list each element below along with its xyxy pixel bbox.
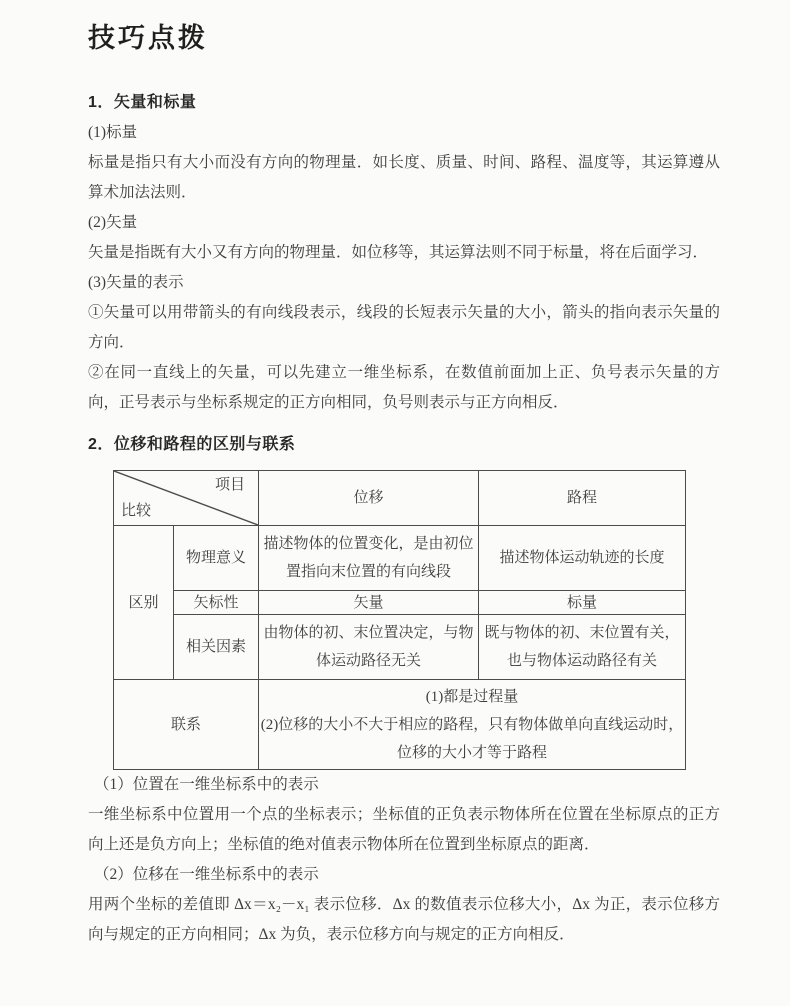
note1-body: 一维坐标系中位置用一个点的坐标表示；坐标值的正负表示物体所在位置在坐标原点的正方…	[88, 800, 720, 860]
para-vector-repr-label: (3)矢量的表示	[88, 268, 720, 298]
para-vector-label: (2)矢量	[88, 208, 720, 238]
table-row: 相关因素 由物体的初、末位置决定，与物体运动路径无关 既与物体的初、末位置有关，…	[114, 615, 686, 680]
row-label-vector-scalar: 矢标性	[174, 591, 259, 615]
note1-heading: （1）位置在一维坐标系中的表示	[88, 770, 726, 800]
section2-heading: 2．位移和路程的区别与联系	[88, 430, 720, 460]
connection-point-1: (1)都是过程量	[259, 683, 685, 711]
note2-body: 用两个坐标的差值即 Δx＝x₂－x₁ 表示位移．Δx 的数值表示位移大小，Δx …	[88, 890, 720, 950]
para-scalar-definition: 标量是指只有大小而没有方向的物理量．如长度、质量、时间、路程、温度等，其运算遵从…	[88, 148, 720, 208]
column-header-path: 路程	[479, 471, 686, 526]
para-scalar-label: (1)标量	[88, 118, 720, 148]
row-group-label-difference: 区别	[114, 526, 174, 680]
corner-label-item: 项目	[215, 472, 245, 498]
document-page: 技巧点拨 1．矢量和标量 (1)标量 标量是指只有大小而没有方向的物理量．如长度…	[0, 0, 790, 1006]
comparison-table: 项目 比较 位移 路程 区别 物理意义 描述物体的位置变化，是由初位置指向末位置…	[113, 470, 686, 770]
cell-factors-displacement: 由物体的初、末位置决定，与物体运动路径无关	[259, 615, 479, 680]
cell-meaning-path: 描述物体运动轨迹的长度	[479, 526, 686, 591]
cell-nature-path: 标量	[479, 591, 686, 615]
cell-nature-displacement: 矢量	[259, 591, 479, 615]
cell-factors-path: 既与物体的初、末位置有关，也与物体运动路径有关	[479, 615, 686, 680]
connection-point-2: (2)位移的大小不大于相应的路程，只有物体做单向直线运动时，位移的大小才等于路程	[259, 711, 685, 767]
row-label-related-factors: 相关因素	[174, 615, 259, 680]
table-row: 联系 (1)都是过程量 (2)位移的大小不大于相应的路程，只有物体做单向直线运动…	[114, 680, 686, 770]
para-vector-repr-1: ①矢量可以用带箭头的有向线段表示，线段的长短表示矢量的大小，箭头的指向表示矢量的…	[88, 298, 720, 358]
para-vector-definition: 矢量是指既有大小又有方向的物理量．如位移等，其运算法则不同于标量，将在后面学习．	[88, 238, 720, 268]
note2-heading: （2）位移在一维坐标系中的表示	[88, 860, 726, 890]
table-header-row: 项目 比较 位移 路程	[114, 471, 686, 526]
cell-connection-content: (1)都是过程量 (2)位移的大小不大于相应的路程，只有物体做单向直线运动时，位…	[259, 680, 686, 770]
corner-label-compare: 比较	[121, 498, 151, 524]
para-vector-repr-2: ②在同一直线上的矢量，可以先建立一维坐标系，在数值前面加上正、负号表示矢量的方向…	[88, 358, 720, 418]
table-row: 矢标性 矢量 标量	[114, 591, 686, 615]
cell-meaning-displacement: 描述物体的位置变化，是由初位置指向末位置的有向线段	[259, 526, 479, 591]
column-header-displacement: 位移	[259, 471, 479, 526]
table-corner-cell: 项目 比较	[114, 471, 259, 526]
row-label-physical-meaning: 物理意义	[174, 526, 259, 591]
table-row: 区别 物理意义 描述物体的位置变化，是由初位置指向末位置的有向线段 描述物体运动…	[114, 526, 686, 591]
row-label-connection: 联系	[114, 680, 259, 770]
page-title: 技巧点拨	[88, 20, 720, 56]
section1-heading: 1．矢量和标量	[88, 88, 720, 118]
